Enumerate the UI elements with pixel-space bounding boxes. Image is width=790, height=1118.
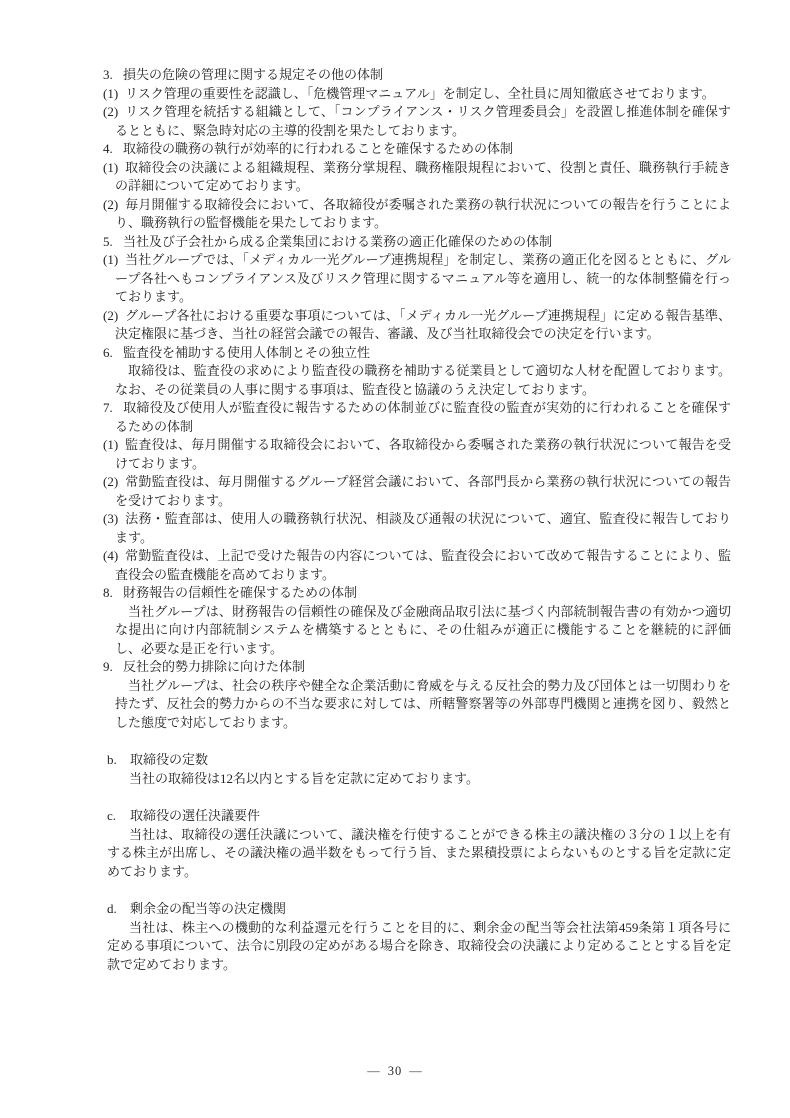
section-title: 当社及び子会社から成る企業集団における業務の適正化確保のための体制 bbox=[123, 234, 552, 249]
section-marker: 3. bbox=[103, 66, 123, 85]
section-title: 反社会的勢力排除に向けた体制 bbox=[123, 659, 305, 674]
numbered-section: 8.財務報告の信頼性を確保するための体制当社グループは、財務報告の信頼性の確保及… bbox=[103, 584, 731, 658]
letter-section: c.取締役の選任決議要件当社は、取締役の選任決議について、議決権を行使することが… bbox=[107, 807, 731, 881]
paragraph: 当社の取締役は12名以内とする旨を定款に定めております。 bbox=[107, 770, 731, 789]
item-marker: (3) bbox=[103, 510, 125, 529]
section-heading: 6.監査役を補助する使用人体制とその独立性 bbox=[103, 344, 731, 363]
paragraph: 取締役は、監査役の求めにより監査役の職務を補助する従業員として適切な人材を配置し… bbox=[115, 362, 731, 399]
letter-section: b.取締役の定数当社の取締役は12名以内とする旨を定款に定めております。 bbox=[107, 751, 731, 788]
numbered-section: 9.反社会的勢力排除に向けた体制当社グループは、社会の秩序や健全な企業活動に脅威… bbox=[103, 658, 731, 732]
item-marker: (2) bbox=[103, 196, 125, 215]
item-text: リスク管理を統括する組織として、「コンプライアンス・リスク管理委員会」を設置し推… bbox=[115, 104, 731, 138]
section-marker: c. bbox=[107, 807, 130, 826]
section-item: (1)リスク管理の重要性を認識し、「危機管理マニュアル」を制定し、全社員に周知徹… bbox=[103, 85, 731, 104]
footer-left-dash: — bbox=[367, 1064, 381, 1078]
section-heading: 7.取締役及び使用人が監査役に報告するための体制並びに監査役の監査が実効的に行わ… bbox=[103, 399, 731, 436]
paragraph: 当社は、株主への機動的な利益還元を行うことを目的に、剰余金の配当等会社法第459… bbox=[107, 919, 731, 975]
section-marker: 9. bbox=[103, 658, 123, 677]
section-heading: 9.反社会的勢力排除に向けた体制 bbox=[103, 658, 731, 677]
section-item: (2)リスク管理を統括する組織として、「コンプライアンス・リスク管理委員会」を設… bbox=[103, 103, 731, 140]
item-text: グループ各社における重要な事項については、「メディカル一光グループ連携規程」に定… bbox=[115, 308, 731, 342]
section-title: 取締役の選任決議要件 bbox=[130, 808, 260, 823]
item-marker: (2) bbox=[103, 103, 125, 122]
letter-section: d.剰余金の配当等の決定機関当社は、株主への機動的な利益還元を行うことを目的に、… bbox=[107, 900, 731, 974]
section-item: (2)グループ各社における重要な事項については、「メディカル一光グループ連携規程… bbox=[103, 307, 731, 344]
section-item: (2)常勤監査役は、毎月開催するグループ経営会議において、各部門長から業務の執行… bbox=[103, 473, 731, 510]
section-heading: 8.財務報告の信頼性を確保するための体制 bbox=[103, 584, 731, 603]
numbered-section: 5.当社及び子会社から成る企業集団における業務の適正化確保のための体制(1)当社… bbox=[103, 233, 731, 344]
section-title: 取締役の職務の執行が効率的に行われることを確保するための体制 bbox=[123, 141, 513, 156]
numbered-section: 4.取締役の職務の執行が効率的に行われることを確保するための体制(1)取締役会の… bbox=[103, 140, 731, 233]
numbered-section: 6.監査役を補助する使用人体制とその独立性取締役は、監査役の求めにより監査役の職… bbox=[103, 344, 731, 400]
item-text: 監査役は、毎月開催する取締役会において、各取締役から委嘱された業務の執行状況につ… bbox=[115, 437, 731, 471]
item-marker: (2) bbox=[103, 473, 125, 492]
item-marker: (1) bbox=[103, 85, 125, 104]
paragraph: 当社グループは、社会の秩序や健全な企業活動に脅威を与える反社会的勢力及び団体とは… bbox=[115, 677, 731, 733]
section-item: (1)監査役は、毎月開催する取締役会において、各取締役から委嘱された業務の執行状… bbox=[103, 436, 731, 473]
item-marker: (1) bbox=[103, 159, 125, 178]
item-text: 法務・監査部は、使用人の職務執行状況、相談及び通報の状況について、適宜、監査役に… bbox=[115, 511, 731, 545]
section-marker: 4. bbox=[103, 140, 123, 159]
page-footer: —30— bbox=[0, 1064, 790, 1079]
item-marker: (1) bbox=[103, 251, 125, 270]
paragraph: 当社は、取締役の選任決議について、議決権を行使することができる株主の議決権の３分… bbox=[107, 826, 731, 882]
item-marker: (1) bbox=[103, 436, 125, 455]
item-marker: (4) bbox=[103, 547, 125, 566]
section-marker: 6. bbox=[103, 344, 123, 363]
section-heading: d.剰余金の配当等の決定機関 bbox=[107, 900, 731, 919]
item-text: 取締役会の決議による組織規程、業務分掌規程、職務権限規程において、役割と責任、職… bbox=[115, 160, 731, 194]
section-title: 損失の危険の管理に関する規定その他の体制 bbox=[123, 67, 383, 82]
document-body: 3.損失の危険の管理に関する規定その他の体制(1)リスク管理の重要性を認識し、「… bbox=[103, 66, 731, 974]
section-item: (4)常勤監査役は、上記で受けた報告の内容については、監査役会において改めて報告… bbox=[103, 547, 731, 584]
section-item: (1)当社グループでは、「メディカル一光グループ連携規程」を制定し、業務の適正化… bbox=[103, 251, 731, 307]
section-marker: 7. bbox=[103, 399, 123, 418]
item-marker: (2) bbox=[103, 307, 125, 326]
section-title: 剰余金の配当等の決定機関 bbox=[130, 901, 286, 916]
numbered-section: 7.取締役及び使用人が監査役に報告するための体制並びに監査役の監査が実効的に行わ… bbox=[103, 399, 731, 584]
section-heading: 3.損失の危険の管理に関する規定その他の体制 bbox=[103, 66, 731, 85]
section-title: 取締役の定数 bbox=[130, 752, 208, 767]
section-title: 監査役を補助する使用人体制とその独立性 bbox=[123, 345, 370, 360]
section-item: (2)毎月開催する取締役会において、各取締役が委嘱された業務の執行状況についての… bbox=[103, 196, 731, 233]
footer-right-dash: — bbox=[409, 1064, 423, 1078]
section-heading: c.取締役の選任決議要件 bbox=[107, 807, 731, 826]
section-title: 財務報告の信頼性を確保するための体制 bbox=[123, 585, 357, 600]
section-item: (3)法務・監査部は、使用人の職務執行状況、相談及び通報の状況について、適宜、監… bbox=[103, 510, 731, 547]
item-text: 常勤監査役は、上記で受けた報告の内容については、監査役会において改めて報告するこ… bbox=[115, 548, 731, 582]
section-item: (1)取締役会の決議による組織規程、業務分掌規程、職務権限規程において、役割と責… bbox=[103, 159, 731, 196]
section-marker: d. bbox=[107, 900, 130, 919]
item-text: リスク管理の重要性を認識し、「危機管理マニュアル」を制定し、全社員に周知徹底させ… bbox=[125, 86, 715, 101]
page-number: 30 bbox=[388, 1064, 403, 1078]
section-heading: 4.取締役の職務の執行が効率的に行われることを確保するための体制 bbox=[103, 140, 731, 159]
paragraph: 当社グループは、財務報告の信頼性の確保及び金融商品取引法に基づく内部統制報告書の… bbox=[115, 603, 731, 659]
item-text: 毎月開催する取締役会において、各取締役が委嘱された業務の執行状況についての報告を… bbox=[115, 197, 731, 231]
item-text: 当社グループでは、「メディカル一光グループ連携規程」を制定し、業務の適正化を図る… bbox=[115, 252, 731, 304]
section-marker: b. bbox=[107, 751, 130, 770]
section-title: 取締役及び使用人が監査役に報告するための体制並びに監査役の監査が実効的に行われる… bbox=[115, 400, 731, 434]
section-marker: 8. bbox=[103, 584, 123, 603]
section-heading: 5.当社及び子会社から成る企業集団における業務の適正化確保のための体制 bbox=[103, 233, 731, 252]
document-page: 3.損失の危険の管理に関する規定その他の体制(1)リスク管理の重要性を認識し、「… bbox=[0, 0, 790, 1118]
item-text: 常勤監査役は、毎月開催するグループ経営会議において、各部門長から業務の執行状況に… bbox=[115, 474, 731, 508]
section-heading: b.取締役の定数 bbox=[107, 751, 731, 770]
numbered-section: 3.損失の危険の管理に関する規定その他の体制(1)リスク管理の重要性を認識し、「… bbox=[103, 66, 731, 140]
section-marker: 5. bbox=[103, 233, 123, 252]
